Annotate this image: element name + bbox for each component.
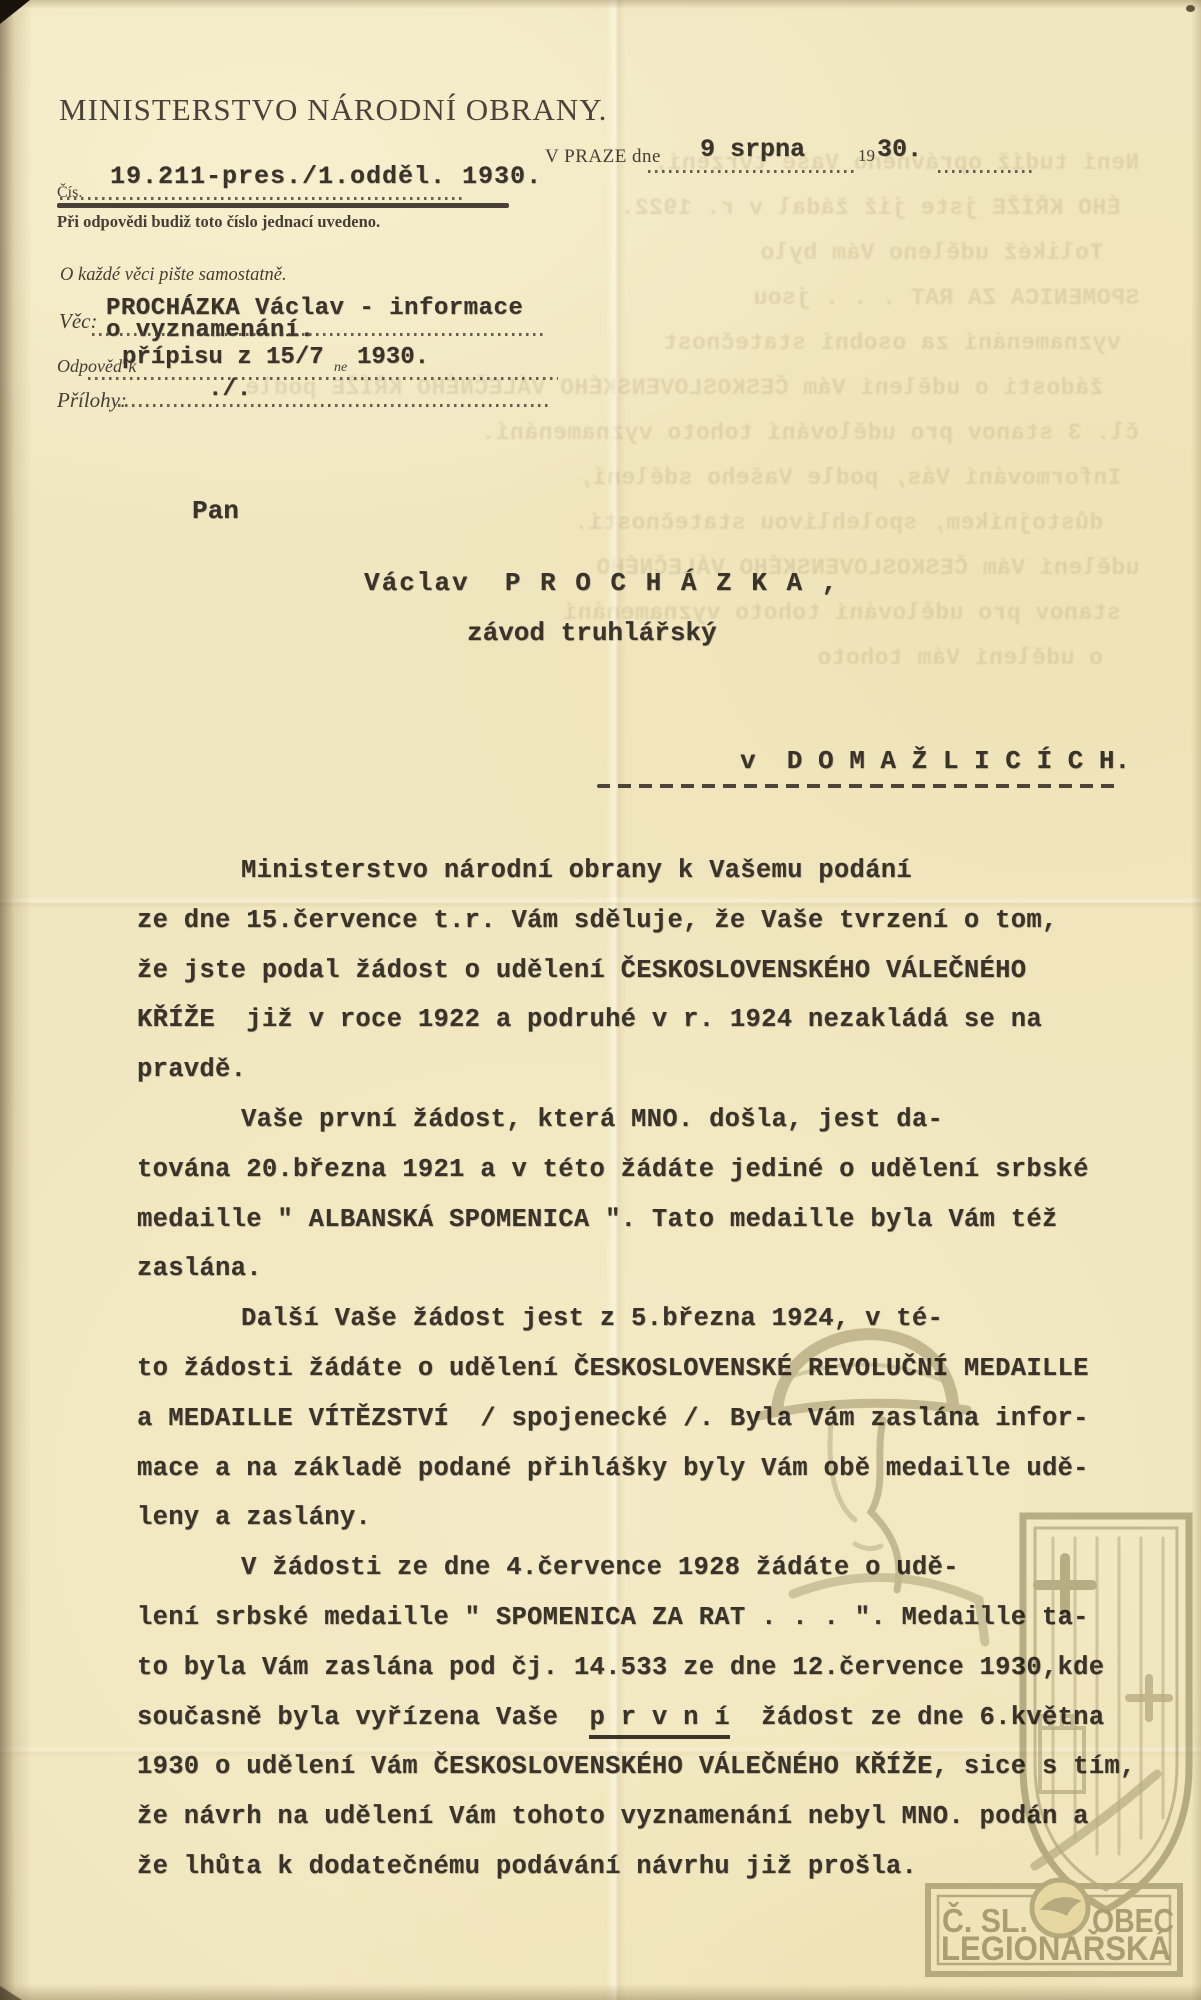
file-number-value: 19.211-pres./1.odděl. 1930. [110, 162, 542, 191]
reply-to-dotted-rule [88, 377, 558, 380]
body-line: ze dne 15.července t.r. Vám sděluje, že … [137, 906, 1058, 935]
reply-to-year: 1930. [357, 344, 429, 371]
subject-dotted-rule [92, 333, 544, 336]
salutation: Pan [192, 496, 239, 526]
body-text-segment: současně byla vyřízena Vaše [137, 1703, 589, 1732]
reply-instruction-note: Při odpovědi budiž toto číslo jednací uv… [57, 212, 380, 232]
bleedthrough-line: vyznamenání za osobní statečnost [663, 330, 1121, 356]
body-line: Vaše první žádost, která MNO. došla, jes… [241, 1105, 943, 1134]
enclosures-label: Přílohy: [57, 388, 127, 413]
underlined-word: p r v n í [589, 1703, 729, 1739]
bleedthrough-line: čl. 3 stanov pro udělování tohoto vyznam… [481, 420, 1139, 446]
date-dotted-rule [648, 170, 854, 173]
subject-label: Věc: [59, 309, 97, 334]
body-line: pravdě. [137, 1055, 246, 1084]
place-label: V PRAZE dne [545, 146, 661, 168]
date-year: 30. [877, 135, 922, 164]
reply-to-dne: ne [334, 360, 347, 376]
date-trailing-dots [938, 170, 1032, 173]
body-line: leny a zaslány. [137, 1503, 371, 1532]
bleedthrough-line: důstojníkem, spolehlivou statečností. [574, 510, 1103, 536]
bleedthrough-line: SPOMENICA ZA RAT . . . jsou [753, 285, 1139, 311]
enclosures-value: ./. [208, 376, 251, 403]
scan-edge-left [0, 0, 32, 2000]
bleedthrough-line: Informování Vás, podle Vašeho sdělení, [578, 465, 1122, 491]
bleedthrough-line: Tolikéž uděleno Vám bylo [760, 240, 1103, 266]
date-day-month: 9 srpna [700, 135, 805, 164]
soldier-figure [759, 1334, 985, 1642]
ministry-title: MINISTERSTVO NÁRODNÍ OBRANY. [59, 92, 607, 128]
body-line: zaslána. [137, 1254, 262, 1283]
body-line: KŘÍŽE již v roce 1922 a podruhé v r. 192… [137, 1005, 1042, 1034]
date-century: 19 [858, 146, 875, 166]
file-number-dotted-rule [60, 197, 462, 200]
stamp-shield [1023, 1516, 1189, 1910]
subject-value-line2: o vyznamenání. [106, 317, 315, 344]
legion-stamp: Č. SL. OBEC LEGIONÁŘSKÁ [735, 1258, 1201, 1985]
scan-edge-top [0, 0, 1201, 9]
stamp-text-legionarska: LEGIONÁŘSKÁ [941, 1930, 1171, 1968]
recipient-name: Václav P R O C H Á Z K A , [364, 568, 839, 598]
scan-edge-right [1191, 0, 1201, 2000]
separate-matter-note: O každé věci pište samostatně. [60, 265, 287, 286]
scanner-speck [1186, 5, 1195, 12]
recipient-business: závod truhlářský [467, 618, 717, 648]
recipient-city: v D O M A Ž L I C Í C H. [740, 746, 1130, 776]
reply-to-value: přípisu z 15/7 [122, 344, 324, 371]
bleedthrough-line: o udělení Vám tohoto [817, 645, 1103, 671]
city-dashed-rule [597, 784, 1120, 788]
paper: Není tudíž oprávněno Vaše tvrzení,ÉHO KŘ… [0, 0, 1201, 2000]
body-line: že jste podal žádost o udělení ČESKOSLOV… [137, 956, 1026, 985]
scan-edge-bottom [0, 1984, 1201, 2000]
enclosures-dotted-rule [118, 404, 552, 407]
body-line: tována 20.března 1921 a v této žádáte je… [137, 1155, 1089, 1184]
body-line: Ministerstvo národní obrany k Vašemu pod… [241, 856, 912, 885]
bleedthrough-line: ÉHO KŘÍŽE jste již žádal v r. 1922. [620, 195, 1121, 221]
body-line: medaille " ALBANSKÁ SPOMENICA ". Tato me… [137, 1205, 1058, 1234]
file-number-heavy-rule [57, 203, 509, 208]
